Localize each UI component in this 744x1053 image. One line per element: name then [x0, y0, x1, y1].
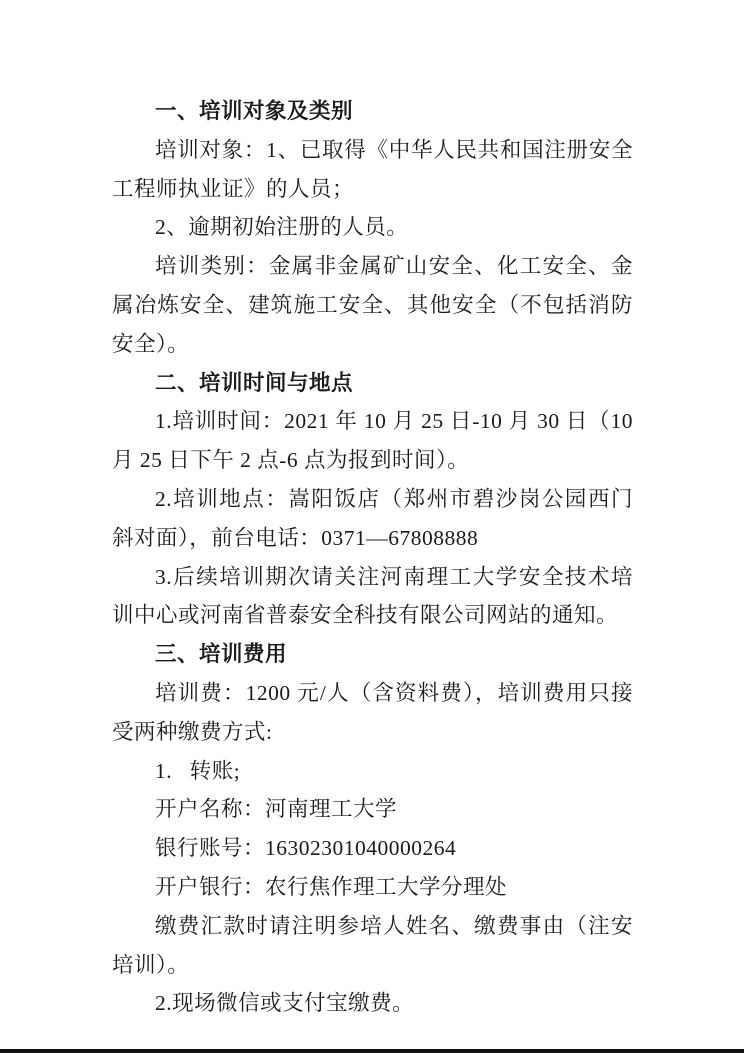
section-heading: 二、培训时间与地点	[112, 364, 633, 403]
document-content: 一、培训对象及类别培训对象：1、已取得《中华人民共和国注册安全工程师执业证》的人…	[112, 92, 633, 1023]
paragraph: 1. 转账;	[112, 752, 633, 791]
paragraph: 3.后续培训期次请关注河南理工大学安全技术培训中心或河南省普泰安全科技有限公司网…	[112, 558, 633, 636]
paragraph: 2、逾期初始注册的人员。	[112, 208, 633, 247]
paragraph: 2.现场微信或支付宝缴费。	[112, 984, 633, 1023]
section-heading: 一、培训对象及类别	[112, 92, 633, 131]
paragraph: 培训对象：1、已取得《中华人民共和国注册安全工程师执业证》的人员；	[112, 131, 633, 209]
paragraph: 1.培训时间：2021 年 10 月 25 日-10 月 30 日（10 月 2…	[112, 402, 633, 480]
paragraph: 银行账号：16302301040000264	[112, 829, 633, 868]
page-bottom-edge	[0, 1049, 744, 1053]
document-page: 一、培训对象及类别培训对象：1、已取得《中华人民共和国注册安全工程师执业证》的人…	[0, 0, 744, 1053]
paragraph: 开户名称：河南理工大学	[112, 790, 633, 829]
paragraph: 2.培训地点：嵩阳饭店（郑州市碧沙岗公园西门斜对面），前台电话：0371—678…	[112, 480, 633, 558]
paragraph: 培训类别：金属非金属矿山安全、化工安全、金属冶炼安全、建筑施工安全、其他安全（不…	[112, 247, 633, 363]
section-heading: 三、培训费用	[112, 635, 633, 674]
paragraph: 开户银行：农行焦作理工大学分理处	[112, 868, 633, 907]
paragraph: 培训费：1200 元/人（含资料费），培训费用只接受两种缴费方式:	[112, 674, 633, 752]
paragraph: 缴费汇款时请注明参培人姓名、缴费事由（注安培训）。	[112, 907, 633, 985]
